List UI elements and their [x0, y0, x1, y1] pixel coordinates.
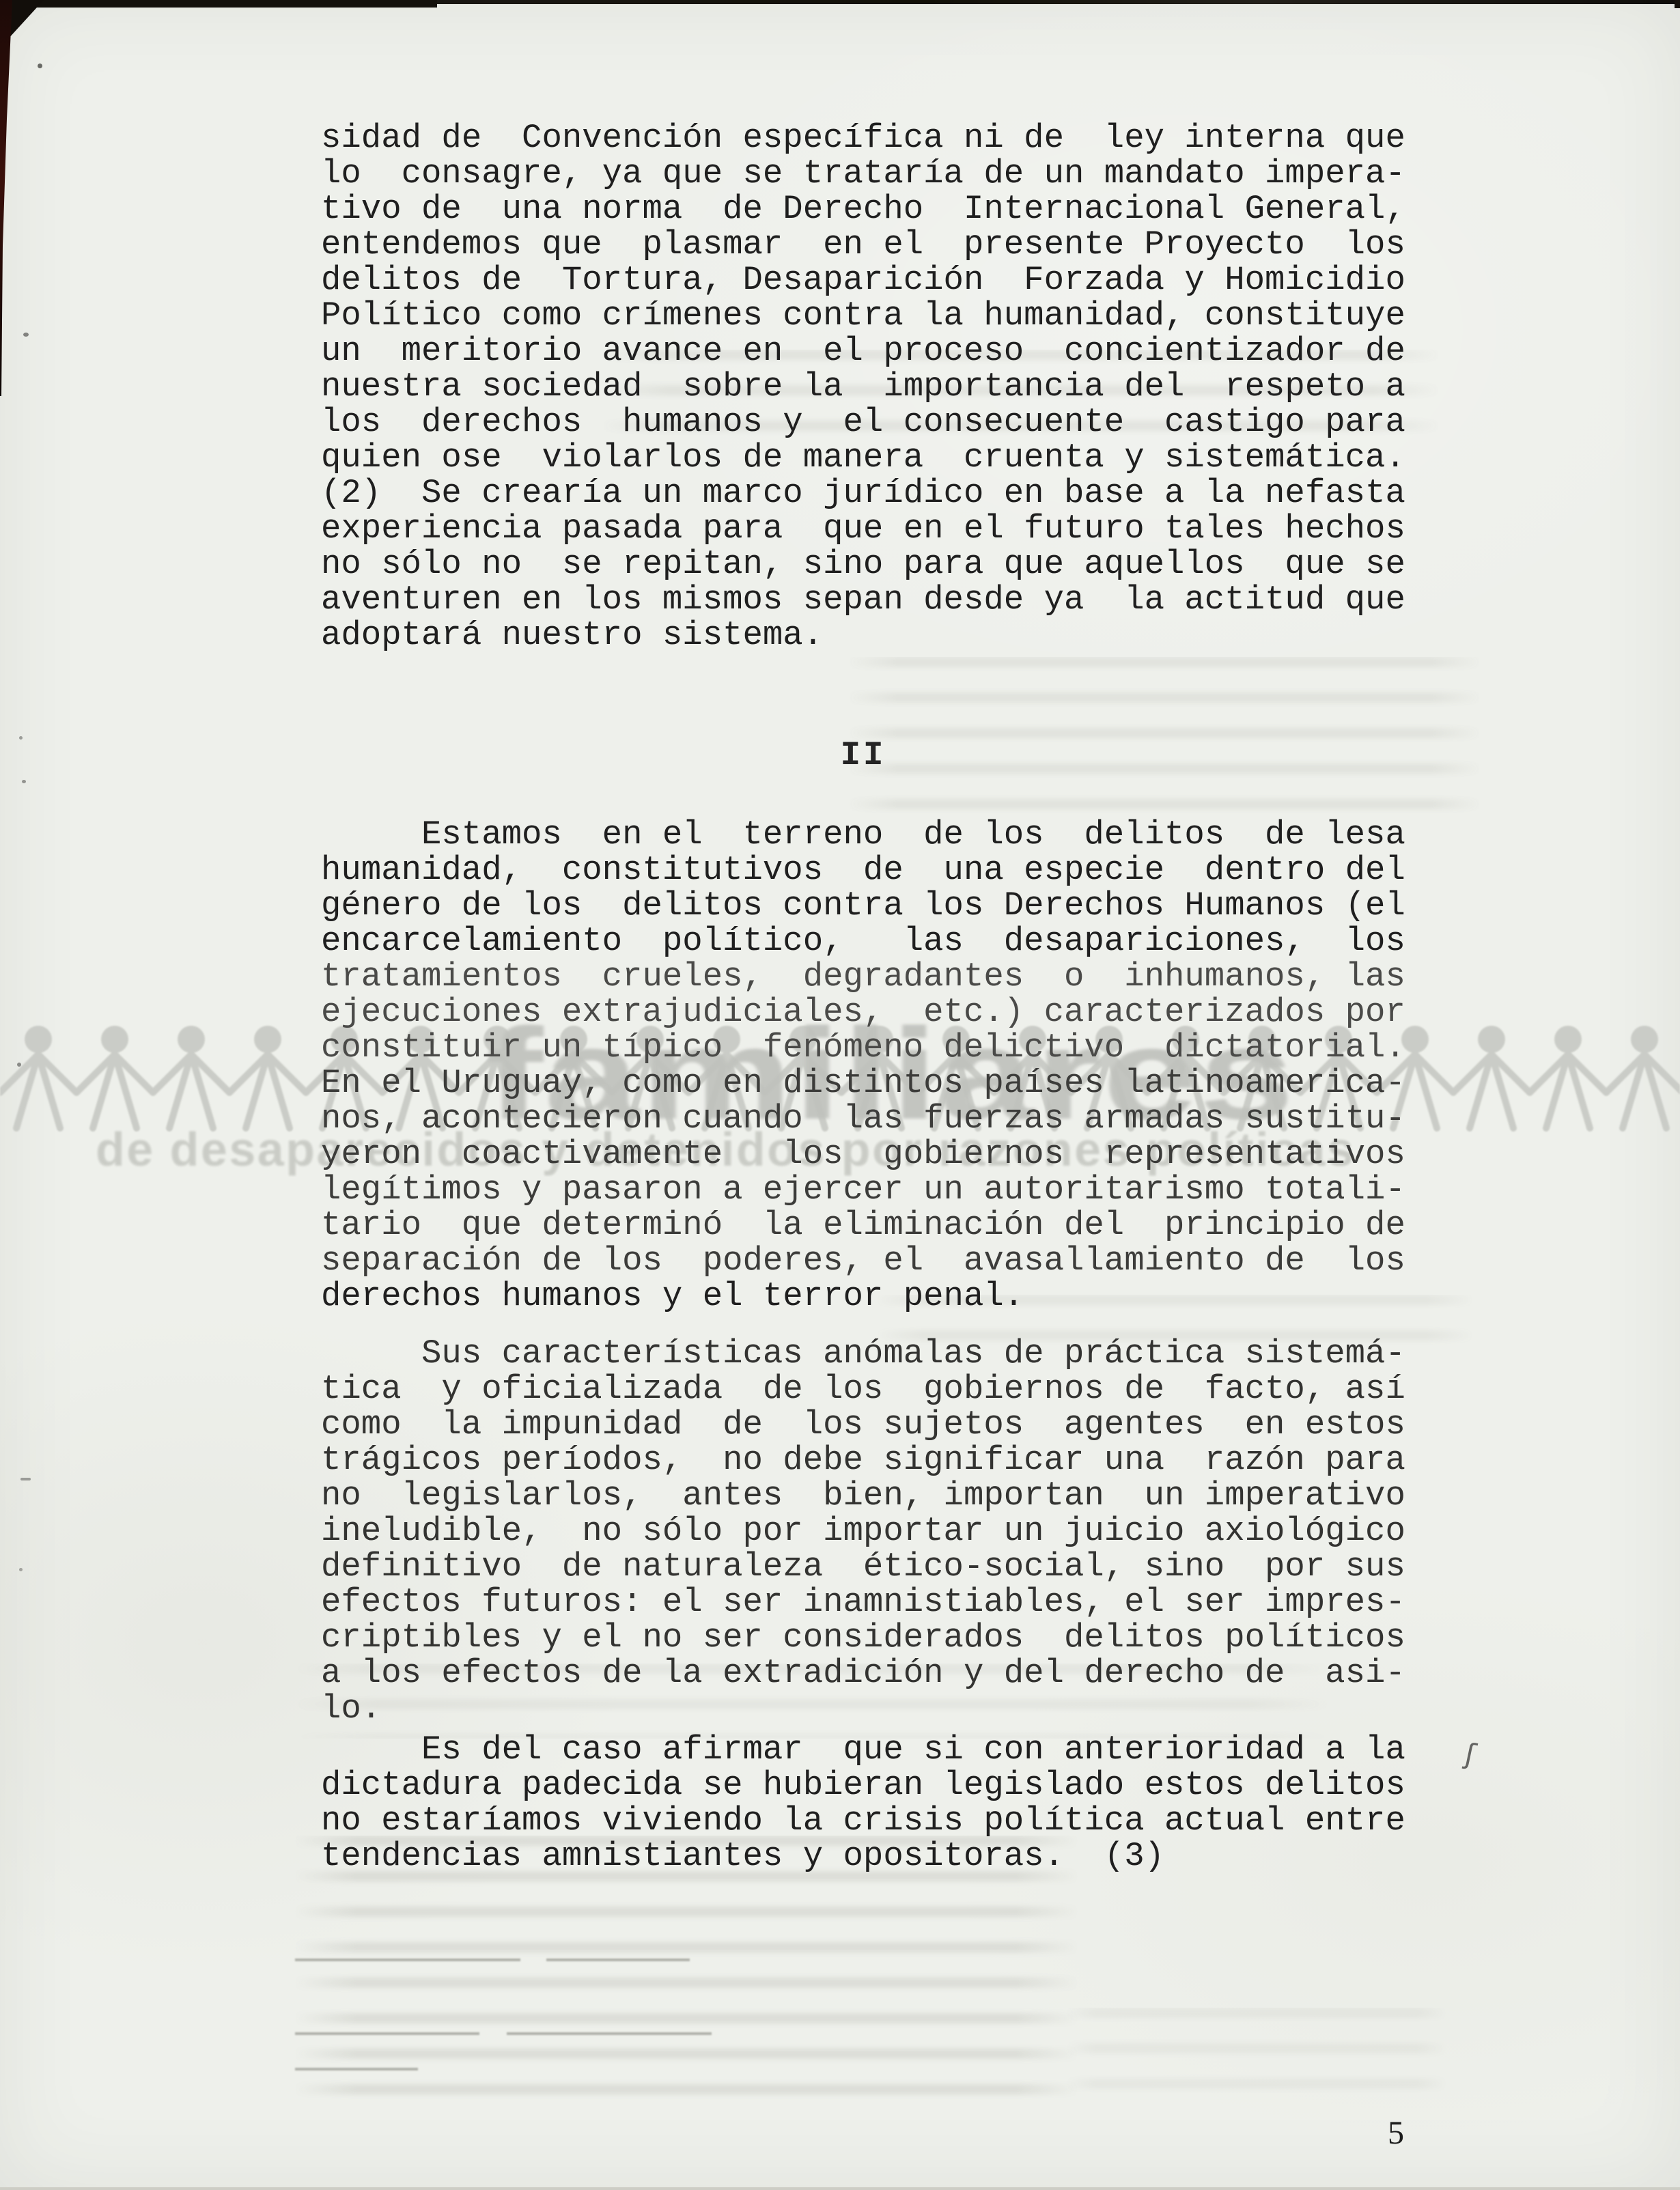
text-line: experiencia pasada para que en el futuro…	[321, 511, 1405, 546]
scan-speck	[19, 736, 23, 740]
scan-speck	[17, 1063, 21, 1067]
bleedthrough-ghost	[1065, 2008, 1448, 2110]
text-line: género de los delitos contra los Derecho…	[321, 888, 1405, 923]
text-line: En el Uruguay, como en distintos países …	[321, 1065, 1405, 1101]
text-line: trágicos períodos, no debe significar un…	[321, 1442, 1405, 1478]
text-line: entendemos que plasmar en el presente Pr…	[321, 227, 1405, 262]
scan-speck	[22, 780, 26, 783]
section-heading: II	[321, 736, 1405, 774]
text-line: separación de los poderes, el avasallami…	[321, 1243, 1405, 1278]
text-line: nuestra sociedad sobre la importancia de…	[321, 369, 1405, 404]
scan-edge-bottom	[0, 2187, 1680, 2190]
paragraph-1: sidad de Convención específica ni de ley…	[321, 120, 1405, 653]
pen-mark: ʃ	[1462, 1737, 1479, 1771]
text-line: tratamientos crueles, degradantes o inhu…	[321, 959, 1405, 994]
text-line: no legislarlos, antes bien, importan un …	[321, 1478, 1405, 1513]
text-line: dictadura padecida se hubieran legislado…	[321, 1767, 1405, 1803]
scan-speck	[38, 64, 42, 68]
scan-edge-top-left	[0, 0, 437, 8]
text-line: criptibles y el no ser considerados deli…	[321, 1620, 1405, 1655]
text-line: tica y oficializada de los gobiernos de …	[321, 1371, 1405, 1407]
paragraph-3: Sus características anómalas de práctica…	[321, 1336, 1405, 1726]
text-line: lo consagre, ya que se trataría de un ma…	[321, 156, 1405, 191]
text-line: como la impunidad de los sujetos agentes…	[321, 1407, 1405, 1442]
text-line: derechos humanos y el terror penal.	[321, 1278, 1405, 1314]
bleedthrough-underline	[295, 1959, 520, 1961]
text-line: Sus características anómalas de práctica…	[321, 1336, 1405, 1371]
bleedthrough-underline	[295, 2032, 479, 2035]
text-line: no sólo no se repitan, sino para que aqu…	[321, 546, 1405, 582]
text-line: Es del caso afirmar que si con anteriori…	[321, 1732, 1405, 1767]
text-line: tario que determinó la eliminación del p…	[321, 1207, 1405, 1243]
paragraph-2: Estamos en el terreno de los delitos de …	[321, 817, 1405, 1314]
scan-edge-right-notch	[1675, 0, 1680, 8]
scan-speck	[23, 333, 29, 337]
text-line: efectos futuros: el ser inamnistiables, …	[321, 1584, 1405, 1620]
text-line: constituir un típico fenómeno delictivo …	[321, 1030, 1405, 1065]
text-line: (2) Se crearía un marco jurídico en base…	[321, 475, 1405, 511]
text-line: ejecuciones extrajudiciales, etc.) carac…	[321, 994, 1405, 1030]
text-line: los derechos humanos y el consecuente ca…	[321, 404, 1405, 440]
text-line: tivo de una norma de Derecho Internacion…	[321, 191, 1405, 227]
text-line: adoptará nuestro sistema.	[321, 617, 1405, 653]
scan-speck	[20, 1478, 31, 1480]
text-line: humanidad, constitutivos de una especie …	[321, 852, 1405, 888]
text-line: legítimos y pasaron a ejercer un autorit…	[321, 1172, 1405, 1207]
bleedthrough-underline	[295, 2068, 418, 2070]
scan-edge-left	[0, 0, 14, 396]
text-line: nos, acontecieron cuando las fuerzas arm…	[321, 1101, 1405, 1136]
text-line: yeron coactivamente los gobiernos repres…	[321, 1136, 1405, 1172]
text-line: delitos de Tortura, Desaparición Forzada…	[321, 262, 1405, 298]
text-line: Estamos en el terreno de los delitos de …	[321, 817, 1405, 852]
text-line: sidad de Convención específica ni de ley…	[321, 120, 1405, 156]
text-line: ineludible, no sólo por importar un juic…	[321, 1513, 1405, 1549]
text-line: Político como crímenes contra la humanid…	[321, 298, 1405, 333]
paragraph-4: Es del caso afirmar que si con anteriori…	[321, 1732, 1405, 1874]
text-line: aventuren en los mismos sepan desde ya l…	[321, 582, 1405, 617]
text-line: a los efectos de la extradición y del de…	[321, 1655, 1405, 1691]
scan-speck	[19, 1568, 23, 1571]
text-line: quien ose violarlos de manera cruenta y …	[321, 440, 1405, 475]
text-line: tendencias amnistiantes y opositoras. (3…	[321, 1838, 1405, 1874]
text-line: un meritorio avance en el proceso concie…	[321, 333, 1405, 369]
bleedthrough-underline	[507, 2032, 712, 2035]
text-line: encarcelamiento político, las desaparici…	[321, 923, 1405, 959]
text-line: definitivo de naturaleza ético-social, s…	[321, 1549, 1405, 1584]
scanned-document-page: familiares de desaparecidos y detenidos …	[0, 0, 1680, 2190]
text-line: lo.	[321, 1691, 1405, 1726]
text-line: no estaríamos viviendo la crisis polític…	[321, 1803, 1405, 1838]
page-number: 5	[1388, 2114, 1404, 2152]
bleedthrough-underline	[546, 1959, 690, 1961]
